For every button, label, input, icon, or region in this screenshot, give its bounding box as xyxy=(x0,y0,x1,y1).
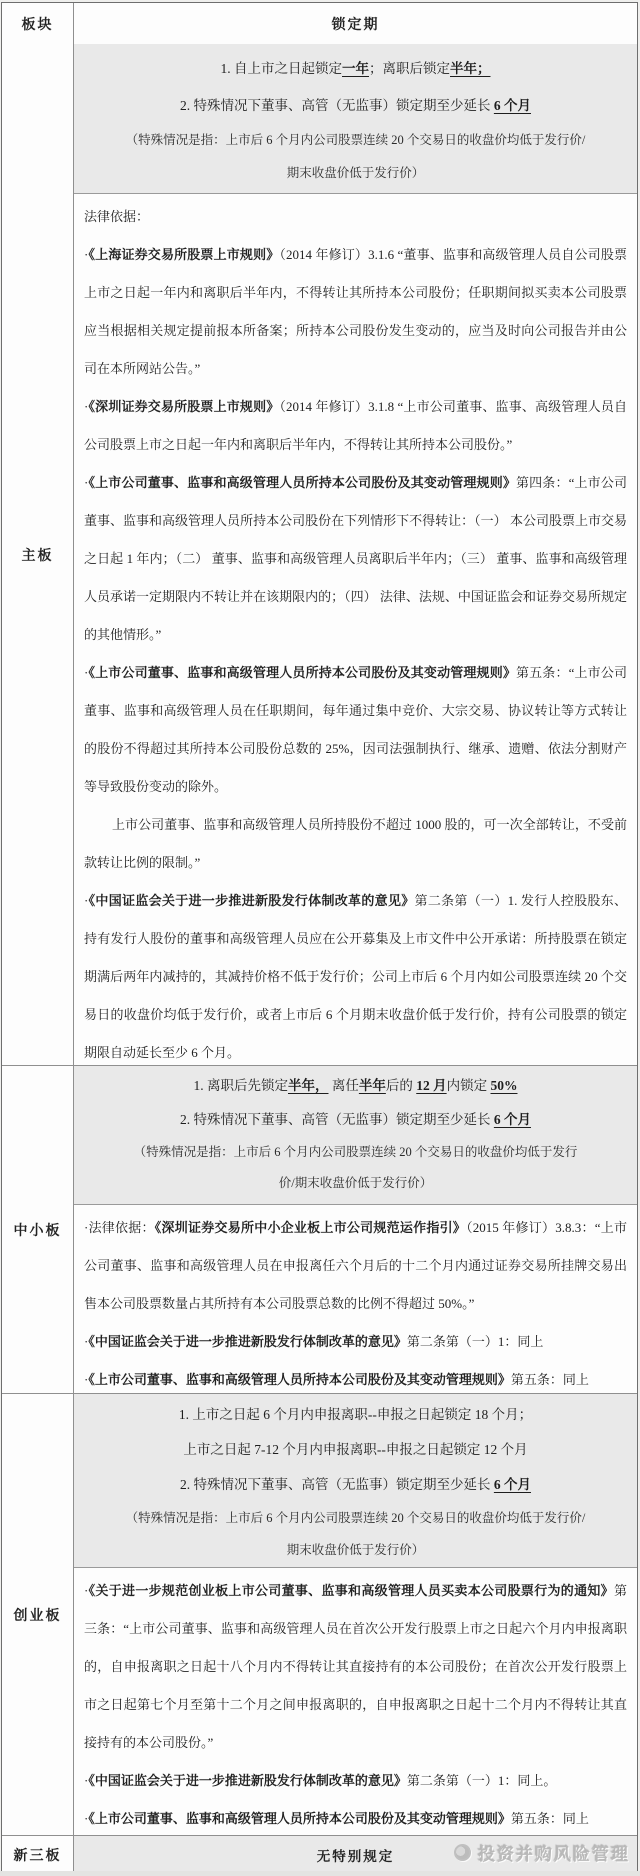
law-paragraph: ·《上市公司董事、监事和高级管理人员所持本公司股份及其变动管理规则》第五条：同上 xyxy=(84,1800,627,1835)
no-special-rule-text: 无特别规定 xyxy=(317,1845,395,1865)
law-title: 《深圳证券交易所股票上市规则》 xyxy=(88,399,279,414)
legal-basis-main-board: 法律依据：·《上海证券交易所股票上市规则》（2014 年修订）3.1.6 “董事… xyxy=(74,194,637,1064)
row-sme-board: 中小板1. 离职后先锁定半年， 离任半年后的 12 月内锁定 50%2. 特殊情… xyxy=(2,1065,637,1393)
law-title: 《上海证券交易所股票上市规则》 xyxy=(88,247,279,262)
lockup-cell-sme-board: 1. 离职后先锁定半年， 离任半年后的 12 月内锁定 50%2. 特殊情况下董… xyxy=(74,1066,637,1393)
text-run: 离任 xyxy=(329,1078,359,1093)
page-bottom-strip xyxy=(0,1871,640,1876)
text-run: 1. 自上市之日起锁定 xyxy=(221,61,343,76)
text-run: ·法律依据： xyxy=(84,1220,155,1235)
row-gem-board: 创业板1. 上市之日起 6 个月内申报离职--申报之日起锁定 18 个月；上市之… xyxy=(2,1393,637,1835)
row-neeq-board: 新三板无特别规定 xyxy=(2,1835,637,1873)
lockup-cell-neeq-board: 无特别规定 xyxy=(74,1836,637,1873)
text-run: 第二条第（一）1：同上。 xyxy=(407,1773,557,1788)
text-run: ；离职后锁定 xyxy=(369,61,450,76)
text-run: 内锁定 xyxy=(447,1078,491,1093)
lockup-cell-gem-board: 1. 上市之日起 6 个月内申报离职--申报之日起锁定 18 个月；上市之日起 … xyxy=(74,1394,637,1835)
underlined-term: 6 个月 xyxy=(494,98,531,113)
text-run: 2. 特殊情况下董事、高管（无监事）锁定期至少延长 xyxy=(180,98,494,113)
law-title: 《中国证监会关于进一步推进新股发行体制改革的意见》 xyxy=(88,1773,407,1788)
law-paragraph: ·《上市公司董事、监事和高级管理人员所持本公司股份及其变动管理规则》第五条：“上… xyxy=(84,654,627,806)
summary-sme-board: 1. 离职后先锁定半年， 离任半年后的 12 月内锁定 50%2. 特殊情况下董… xyxy=(74,1066,637,1205)
summary-line: 2. 特殊情况下董事、高管（无监事）锁定期至少延长 6 个月 xyxy=(74,1103,637,1137)
law-paragraph: ·《中国证监会关于进一步推进新股发行体制改革的意见》第二条第（一）1：同上 xyxy=(84,1323,627,1361)
summary-line: 1. 自上市之日起锁定一年；离职后锁定半年； xyxy=(74,50,637,87)
underlined-term: 一年 xyxy=(342,61,369,76)
summary-line: 1. 上市之日起 6 个月内申报离职--申报之日起锁定 18 个月； xyxy=(74,1397,637,1432)
special-case-note-line: （特殊情况是指：上市后 6 个月内公司股票连续 20 个交易日的收盘价均低于发行… xyxy=(74,1502,637,1534)
text-run: 上市公司董事、监事和高级管理人员所持股份不超过 1000 股的，可一次全部转让，… xyxy=(84,817,627,870)
summary-main-board: 1. 自上市之日起锁定一年；离职后锁定半年；2. 特殊情况下董事、高管（无监事）… xyxy=(74,44,637,194)
law-paragraph: ·《关于进一步规范创业板上市公司董事、监事和高级管理人员买卖本公司股票行为的通知… xyxy=(84,1572,627,1762)
law-title: 《上市公司董事、监事和高级管理人员所持本公司股份及其变动管理规则》 xyxy=(88,665,516,680)
law-paragraph: ·《中国证监会关于进一步推进新股发行体制改革的意见》第二条第（一）1. 发行人控… xyxy=(84,882,627,1064)
law-title: 《上市公司董事、监事和高级管理人员所持本公司股份及其变动管理规则》 xyxy=(88,475,516,490)
law-paragraph: 上市公司董事、监事和高级管理人员所持股份不超过 1000 股的，可一次全部转让，… xyxy=(84,806,627,882)
text-run: 2. 特殊情况下董事、高管（无监事）锁定期至少延长 xyxy=(180,1477,494,1492)
header-board-column: 板块 xyxy=(2,3,74,44)
text-run: 第四条：“上市公司董事、监事和高级管理人员所持本公司股份在下列情形下不得转让：（… xyxy=(84,475,627,642)
text-run: 第二条第（一）1：同上 xyxy=(407,1334,544,1349)
lockup-period-document: 板块 锁定期 主板1. 自上市之日起锁定一年；离职后锁定半年；2. 特殊情况下董… xyxy=(0,0,640,1876)
special-case-note-line: （特殊情况是指：上市后 6 个月内公司股票连续 20 个交易日的收盘价均低于发行… xyxy=(74,124,637,157)
board-label-main-board: 主板 xyxy=(2,44,74,1065)
board-label-gem-board: 创业板 xyxy=(2,1394,74,1835)
text-run: 第三条：“上市公司董事、监事和高级管理人员在首次公开发行股票上市之日起六个月内申… xyxy=(84,1583,627,1750)
legal-basis-gem-board: ·《关于进一步规范创业板上市公司董事、监事和高级管理人员买卖本公司股票行为的通知… xyxy=(74,1568,637,1835)
text-run: 上市之日起 7-12 个月内申报离职--申报之日起锁定 12 个月 xyxy=(183,1442,527,1457)
underlined-term: 6 个月 xyxy=(494,1477,531,1492)
text-run: 2. 特殊情况下董事、高管（无监事）锁定期至少延长 xyxy=(180,1112,494,1127)
table-header-row: 板块 锁定期 xyxy=(2,3,637,44)
law-title: 《中国证监会关于进一步推进新股发行体制改革的意见》 xyxy=(88,893,414,908)
header-lockup-column: 锁定期 xyxy=(74,3,637,44)
text-run: 法律依据： xyxy=(84,209,149,224)
law-title: 《关于进一步规范创业板上市公司董事、监事和高级管理人员买卖本公司股票行为的通知》 xyxy=(88,1583,614,1598)
law-title: 《深圳证券交易所中小企业板上市公司规范运作指引》 xyxy=(155,1220,466,1235)
summary-line: 2. 特殊情况下董事、高管（无监事）锁定期至少延长 6 个月 xyxy=(74,87,637,124)
text-run: 第五条：“上市公司董事、监事和高级管理人员在任职期间，每年通过集中竞价、大宗交易… xyxy=(84,665,627,794)
summary-gem-board: 1. 上市之日起 6 个月内申报离职--申报之日起锁定 18 个月；上市之日起 … xyxy=(74,1394,637,1568)
law-paragraph: 法律依据： xyxy=(84,198,627,236)
legal-basis-sme-board: ·法律依据：《深圳证券交易所中小企业板上市公司规范运作指引》（2015 年修订）… xyxy=(74,1205,637,1393)
row-main-board: 主板1. 自上市之日起锁定一年；离职后锁定半年；2. 特殊情况下董事、高管（无监… xyxy=(2,44,637,1065)
special-case-note-line: 期末收盘价低于发行价） xyxy=(74,1534,637,1566)
text-run: 第五条：同上 xyxy=(511,1372,589,1387)
table-body: 主板1. 自上市之日起锁定一年；离职后锁定半年；2. 特殊情况下董事、高管（无监… xyxy=(2,44,637,1873)
law-title: 《上市公司董事、监事和高级管理人员所持本公司股份及其变动管理规则》 xyxy=(88,1811,511,1826)
text-run: 第五条：同上 xyxy=(511,1811,589,1826)
underlined-term: 半年， xyxy=(288,1078,329,1093)
text-run: 后的 xyxy=(386,1078,416,1093)
text-run: 第二条第（一）1. 发行人控股股东、持有发行人股份的董事和高级管理人员应在公开募… xyxy=(84,893,627,1060)
law-paragraph: ·《中国证监会关于进一步推进新股发行体制改革的意见》第二条第（一）1：同上。 xyxy=(84,1762,627,1800)
law-paragraph: ·《上海证券交易所股票上市规则》（2014 年修订）3.1.6 “董事、监事和高… xyxy=(84,236,627,388)
underlined-term: 半年； xyxy=(450,61,491,76)
summary-line: 1. 离职后先锁定半年， 离任半年后的 12 月内锁定 50% xyxy=(74,1069,637,1103)
board-label-sme-board: 中小板 xyxy=(2,1066,74,1393)
special-case-note-line: 期末收盘价低于发行价） xyxy=(74,157,637,190)
summary-line: 2. 特殊情况下董事、高管（无监事）锁定期至少延长 6 个月 xyxy=(74,1467,637,1502)
summary-line: 上市之日起 7-12 个月内申报离职--申报之日起锁定 12 个月 xyxy=(74,1432,637,1467)
law-paragraph: ·《上市公司董事、监事和高级管理人员所持本公司股份及其变动管理规则》第五条：同上 xyxy=(84,1361,627,1393)
lockup-cell-main-board: 1. 自上市之日起锁定一年；离职后锁定半年；2. 特殊情况下董事、高管（无监事）… xyxy=(74,44,637,1065)
board-label-neeq-board: 新三板 xyxy=(2,1836,74,1873)
underlined-term: 半年 xyxy=(359,1078,386,1093)
text-run: （2014 年修订）3.1.6 “董事、监事和高级管理人员自公司股票上市之日起一… xyxy=(84,247,627,376)
text-run: 1. 离职后先锁定 xyxy=(194,1078,289,1093)
law-title: 《上市公司董事、监事和高级管理人员所持本公司股份及其变动管理规则》 xyxy=(88,1372,511,1387)
underlined-term: 50% xyxy=(491,1078,518,1093)
law-paragraph: ·法律依据：《深圳证券交易所中小企业板上市公司规范运作指引》（2015 年修订）… xyxy=(84,1209,627,1323)
lockup-table: 板块 锁定期 主板1. 自上市之日起锁定一年；离职后锁定半年；2. 特殊情况下董… xyxy=(1,2,638,1874)
law-title: 《中国证监会关于进一步推进新股发行体制改革的意见》 xyxy=(88,1334,407,1349)
special-case-note-line: 价/期末收盘价低于发行价） xyxy=(74,1168,637,1199)
law-paragraph: ·《上市公司董事、监事和高级管理人员所持本公司股份及其变动管理规则》第四条：“上… xyxy=(84,464,627,654)
law-paragraph: ·《深圳证券交易所股票上市规则》（2014 年修订）3.1.8 “上市公司董事、… xyxy=(84,388,627,464)
text-run: 1. 上市之日起 6 个月内申报离职--申报之日起锁定 18 个月； xyxy=(179,1407,532,1422)
underlined-term: 12 月 xyxy=(416,1078,446,1093)
special-case-note-line: （特殊情况是指：上市后 6 个月内公司股票连续 20 个交易日的收盘价均低于发行 xyxy=(74,1137,637,1168)
underlined-term: 6 个月 xyxy=(494,1112,531,1127)
